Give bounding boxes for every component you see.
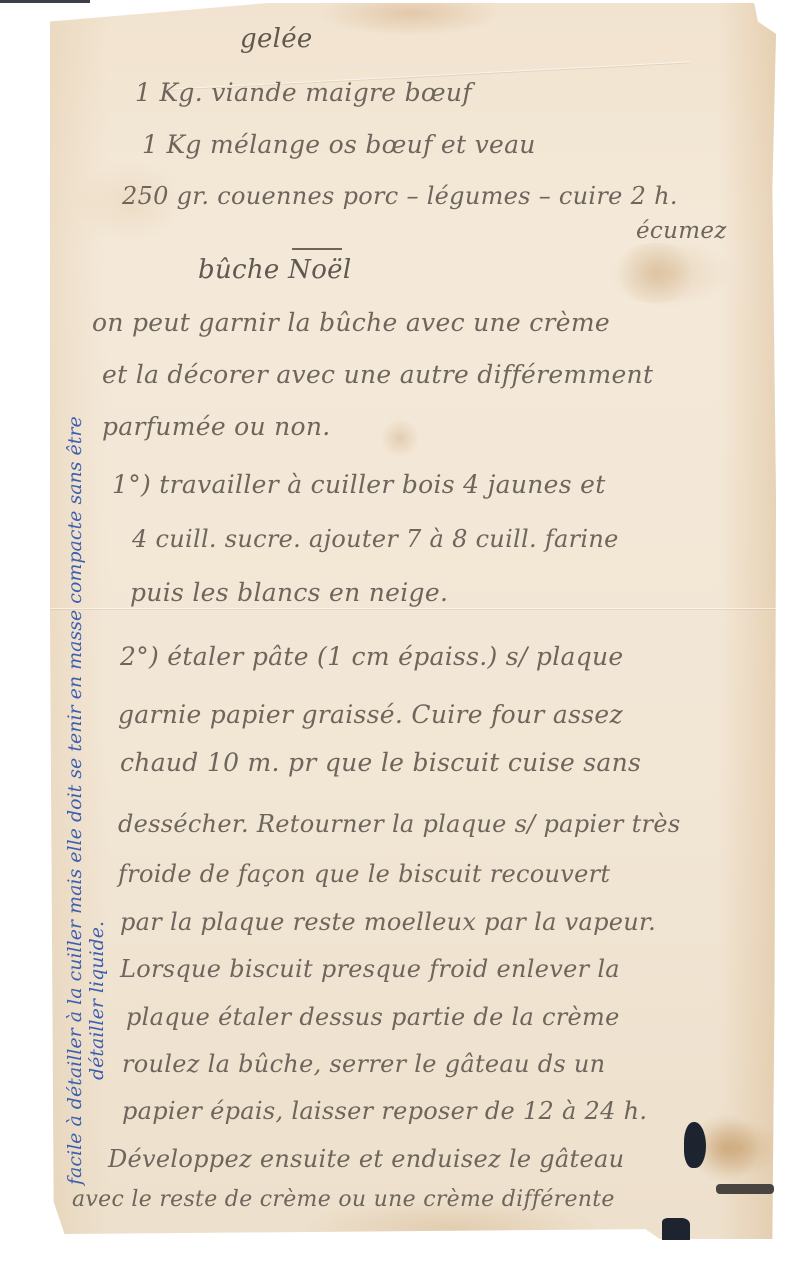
recipe-title-buche: bûche Noël xyxy=(198,255,351,285)
step-2-line: plaque étaler dessus partie de la crème xyxy=(126,1003,620,1031)
step-2-line: par la plaque reste moelleux par la vape… xyxy=(120,908,656,936)
margin-note-primary: facile à détailler à la cuiller mais ell… xyxy=(64,416,86,1185)
paper-fold-line xyxy=(50,608,776,609)
step-1-line: puis les blancs en neige. xyxy=(130,578,448,607)
instruction-line: écumez xyxy=(636,218,727,244)
instruction-line: on peut garnir la bûche avec une crème xyxy=(92,308,610,337)
step-2-line: froide de façon que le biscuit recouvert xyxy=(118,860,610,888)
ink-blot xyxy=(684,1122,706,1168)
step-2-line: roulez la bûche, serrer le gâteau ds un xyxy=(122,1050,605,1078)
title-overline-mark xyxy=(292,248,342,250)
step-2-line: garnie papier graissé. Cuire four assez xyxy=(118,700,623,729)
step-2-line: 2°) étaler pâte (1 cm épaiss.) s/ plaque xyxy=(120,642,624,671)
ingredient-line: 250 gr. couennes porc – légumes – cuire … xyxy=(122,182,678,210)
step-2-line: papier épais, laisser reposer de 12 à 24… xyxy=(122,1097,647,1125)
ingredient-line: 1 Kg mélange os bœuf et veau xyxy=(142,130,536,159)
ink-smear xyxy=(716,1184,774,1194)
recipe-title-gelee: gelée xyxy=(240,24,313,54)
instruction-line: parfumée ou non. xyxy=(102,412,331,441)
stain-spot xyxy=(610,243,700,303)
step-2-line: dessécher. Retourner la plaque s/ papier… xyxy=(118,810,680,838)
margin-note-secondary: détailler liquide. xyxy=(86,921,108,1080)
instruction-line: et la décorer avec une autre différemmen… xyxy=(102,360,653,389)
ingredient-line: 1 Kg. viande maigre bœuf xyxy=(135,78,472,107)
top-edge-strip xyxy=(0,0,90,3)
ink-blot xyxy=(662,1218,690,1240)
step-2-line: chaud 10 m. pr que le biscuit cuise sans xyxy=(120,748,641,777)
step-1-line: 1°) travailler à cuiller bois 4 jaunes e… xyxy=(112,470,606,499)
step-2-line: Développez ensuite et enduisez le gâteau xyxy=(108,1145,624,1173)
step-2-line: Lorsque biscuit presque froid enlever la xyxy=(120,955,620,983)
step-1-line: 4 cuill. sucre. ajouter 7 à 8 cuill. far… xyxy=(132,525,619,553)
stain-spot xyxy=(380,418,420,458)
step-2-line: avec le reste de crème ou une crème diff… xyxy=(72,1187,615,1212)
